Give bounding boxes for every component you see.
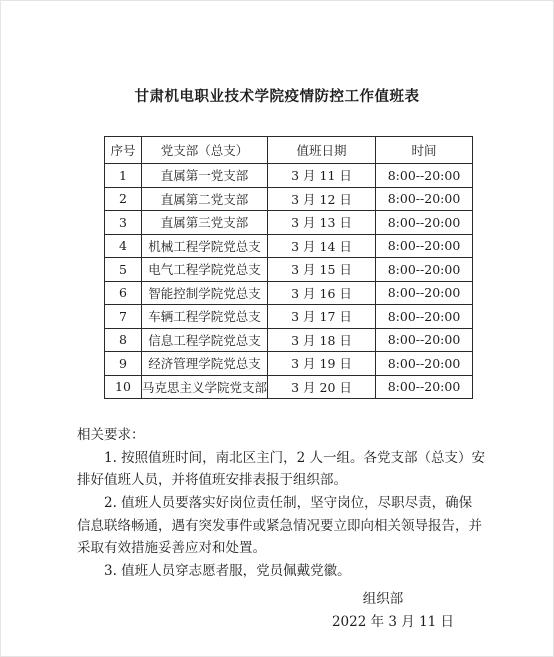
- duty-roster-table: 序号 党支部（总支） 值班日期 时间 1 直属第一党支部 3 月 11 日 8:…: [104, 136, 473, 399]
- table-row: 6 智能控制学院党总支 3 月 16 日 8:00--20:00: [105, 281, 473, 305]
- cell-branch: 马克思主义学院党支部: [142, 375, 268, 399]
- cell-branch: 直属第三党支部: [142, 211, 268, 235]
- notes-section: 相关要求： 1. 按照值班时间，南北区主门，2 人一组。各党支部（总支）安排好值…: [77, 424, 481, 583]
- cell-branch: 机械工程学院党总支: [142, 234, 268, 258]
- document-page: 甘肃机电职业技术学院疫情防控工作值班表 序号 党支部（总支） 值班日期 时间 1…: [0, 0, 554, 657]
- note-line: 1. 按照值班时间，南北区主门，2 人一组。各党支部（总支）安: [77, 447, 481, 470]
- cell-no: 1: [105, 164, 142, 188]
- note-line: 采取有效措施妥善应对和处置。: [77, 537, 481, 560]
- cell-date: 3 月 12 日: [268, 187, 376, 211]
- cell-date: 3 月 18 日: [268, 328, 376, 352]
- cell-no: 6: [105, 281, 142, 305]
- table-row: 10 马克思主义学院党支部 3 月 20 日 8:00--20:00: [105, 375, 473, 399]
- cell-date: 3 月 14 日: [268, 234, 376, 258]
- table-row: 3 直属第三党支部 3 月 13 日 8:00--20:00: [105, 211, 473, 235]
- table-row: 1 直属第一党支部 3 月 11 日 8:00--20:00: [105, 164, 473, 188]
- cell-time: 8:00--20:00: [376, 164, 473, 188]
- table-row: 9 经济管理学院党总支 3 月 19 日 8:00--20:00: [105, 352, 473, 376]
- cell-no: 2: [105, 187, 142, 211]
- note-line: 3. 值班人员穿志愿者服，党员佩戴党徽。: [77, 560, 481, 583]
- note-line: 2. 值班人员要落实好岗位责任制，坚守岗位，尽职尽责，确保: [77, 492, 481, 515]
- cell-branch: 经济管理学院党总支: [142, 352, 268, 376]
- table-row: 5 电气工程学院党总支 3 月 15 日 8:00--20:00: [105, 258, 473, 282]
- cell-branch: 电气工程学院党总支: [142, 258, 268, 282]
- table-row: 8 信息工程学院党总支 3 月 18 日 8:00--20:00: [105, 328, 473, 352]
- column-header-date: 值班日期: [268, 137, 376, 164]
- cell-no: 7: [105, 305, 142, 329]
- cell-time: 8:00--20:00: [376, 187, 473, 211]
- table-row: 2 直属第二党支部 3 月 12 日 8:00--20:00: [105, 187, 473, 211]
- cell-time: 8:00--20:00: [376, 281, 473, 305]
- cell-no: 5: [105, 258, 142, 282]
- cell-time: 8:00--20:00: [376, 328, 473, 352]
- cell-branch: 智能控制学院党总支: [142, 281, 268, 305]
- cell-no: 3: [105, 211, 142, 235]
- cell-branch: 车辆工程学院党总支: [142, 305, 268, 329]
- cell-date: 3 月 17 日: [268, 305, 376, 329]
- cell-branch: 信息工程学院党总支: [142, 328, 268, 352]
- cell-time: 8:00--20:00: [376, 375, 473, 399]
- signature-department: 组织部: [303, 587, 463, 607]
- cell-no: 8: [105, 328, 142, 352]
- column-header-branch: 党支部（总支）: [142, 137, 268, 164]
- cell-date: 3 月 15 日: [268, 258, 376, 282]
- cell-time: 8:00--20:00: [376, 258, 473, 282]
- cell-date: 3 月 16 日: [268, 281, 376, 305]
- note-line: 排好值班人员，并将值班安排表报于组织部。: [77, 469, 481, 492]
- cell-time: 8:00--20:00: [376, 352, 473, 376]
- document-title: 甘肃机电职业技术学院疫情防控工作值班表: [1, 85, 553, 106]
- table-row: 4 机械工程学院党总支 3 月 14 日 8:00--20:00: [105, 234, 473, 258]
- cell-date: 3 月 11 日: [268, 164, 376, 188]
- cell-date: 3 月 20 日: [268, 375, 376, 399]
- cell-time: 8:00--20:00: [376, 234, 473, 258]
- notes-heading: 相关要求：: [77, 424, 481, 447]
- cell-no: 10: [105, 375, 142, 399]
- cell-branch: 直属第一党支部: [142, 164, 268, 188]
- cell-branch: 直属第二党支部: [142, 187, 268, 211]
- notes-lines: 1. 按照值班时间，南北区主门，2 人一组。各党支部（总支）安排好值班人员，并将…: [77, 447, 481, 583]
- cell-date: 3 月 19 日: [268, 352, 376, 376]
- table-header-row: 序号 党支部（总支） 值班日期 时间: [105, 137, 473, 164]
- cell-no: 9: [105, 352, 142, 376]
- column-header-time: 时间: [376, 137, 473, 164]
- table-row: 7 车辆工程学院党总支 3 月 17 日 8:00--20:00: [105, 305, 473, 329]
- signature-date: 2022 年 3 月 11 日: [303, 610, 483, 630]
- note-line: 信息联络畅通，遇有突发事件或紧急情况要立即向相关领导报告，并: [77, 515, 481, 538]
- cell-time: 8:00--20:00: [376, 305, 473, 329]
- cell-no: 4: [105, 234, 142, 258]
- cell-time: 8:00--20:00: [376, 211, 473, 235]
- cell-date: 3 月 13 日: [268, 211, 376, 235]
- column-header-no: 序号: [105, 137, 142, 164]
